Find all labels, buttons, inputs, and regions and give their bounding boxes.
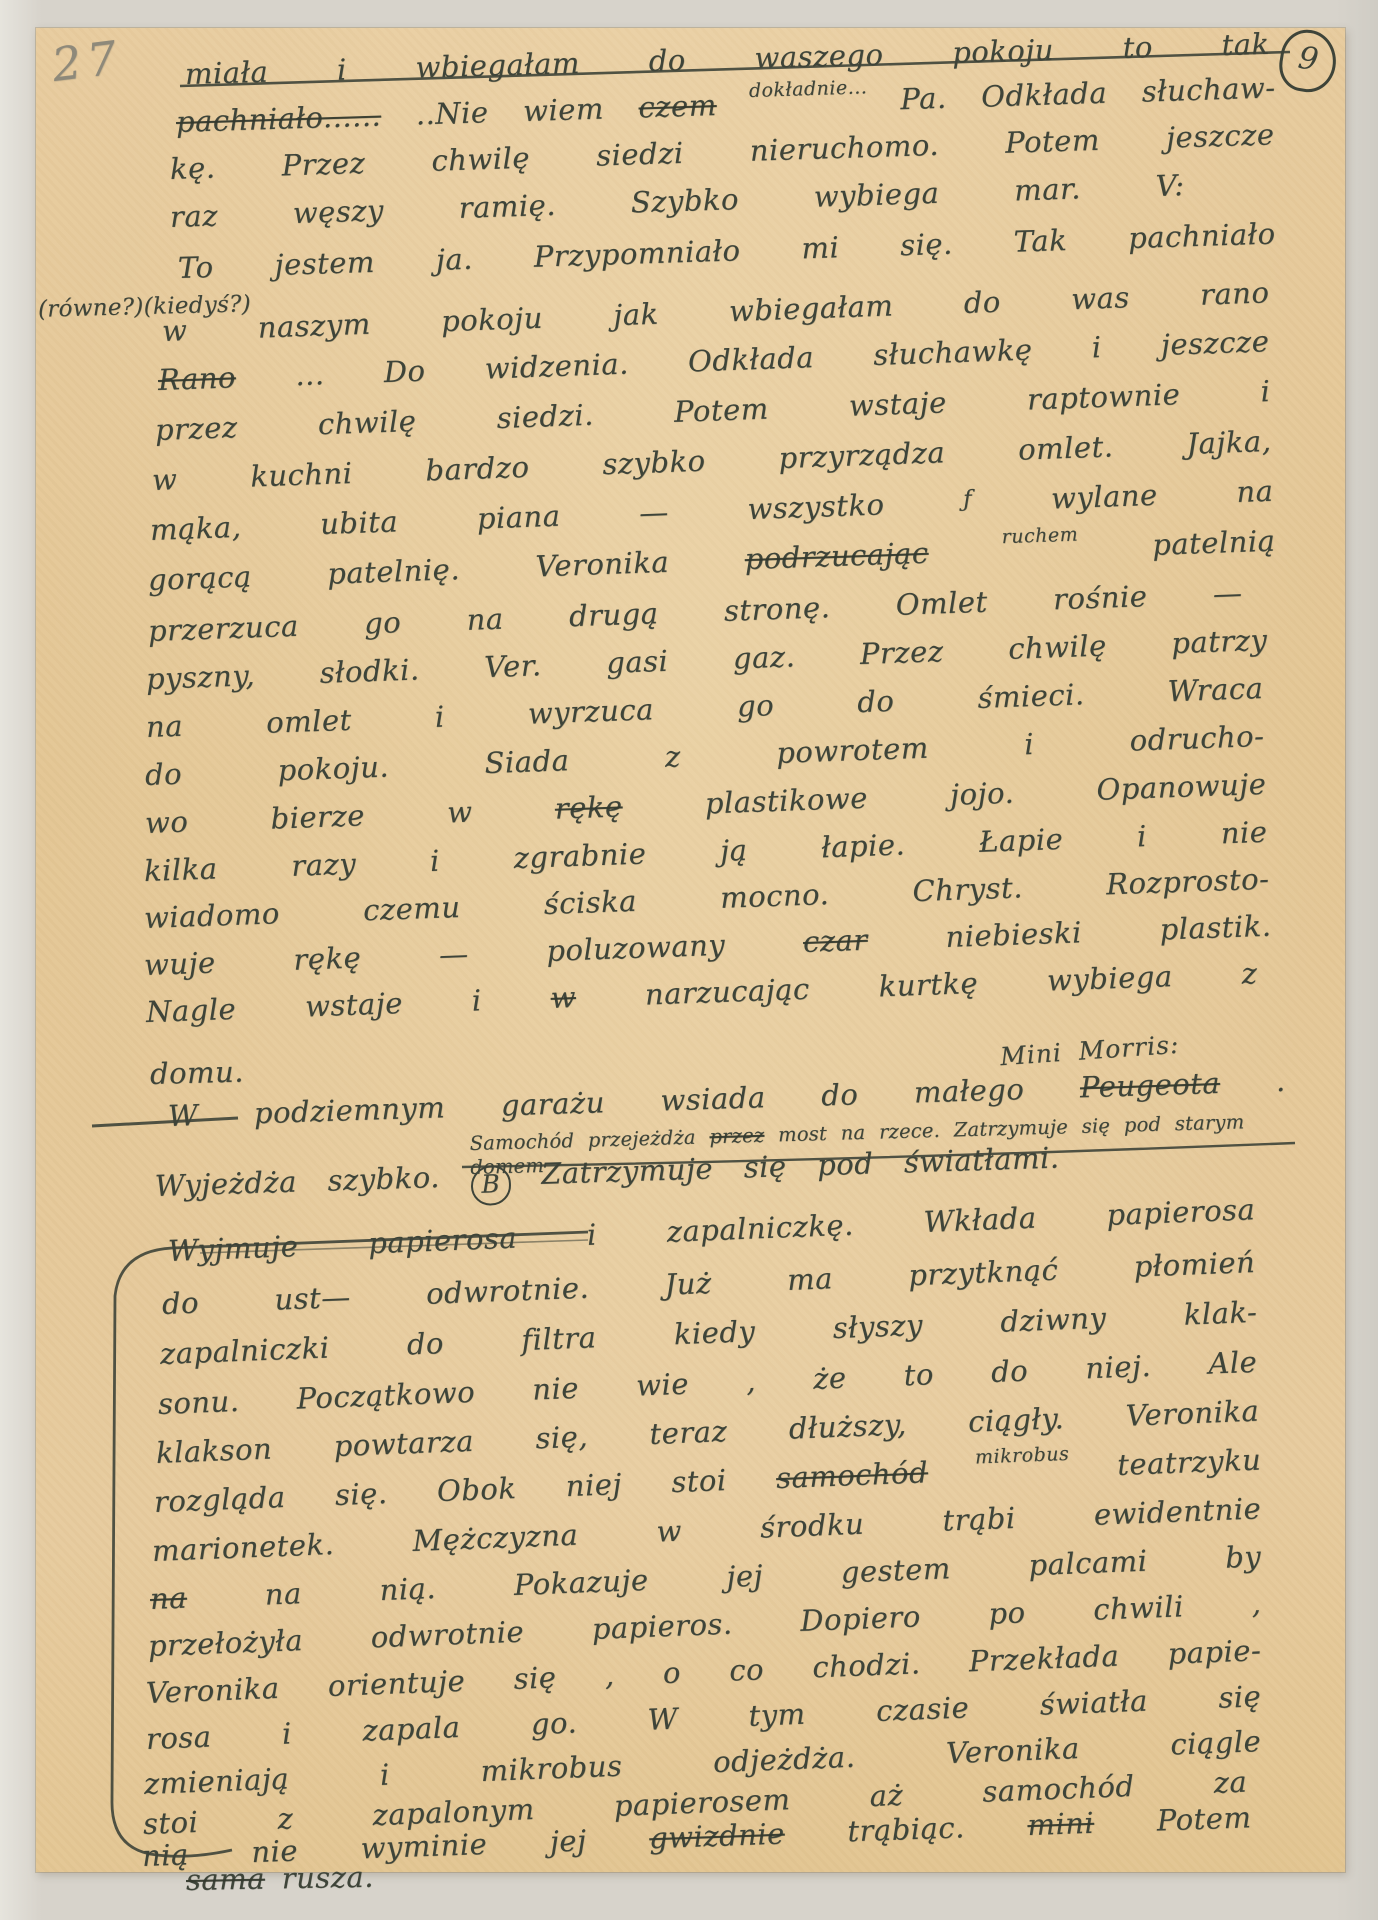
text-segment: wylane na	[1050, 474, 1274, 516]
text-segment: trąbiąc.	[847, 1810, 966, 1848]
crossed-out-text: rękę	[554, 789, 623, 825]
crossed-out-text: w	[550, 980, 576, 1015]
crossed-out-text: przez	[709, 1124, 765, 1149]
circled-letter: B	[470, 1165, 511, 1206]
crossed-out-text: gwizdnie	[649, 1817, 786, 1856]
interline-insertion: mikrobus	[975, 1443, 1070, 1470]
text-segment: patelnią	[1152, 524, 1276, 562]
text-segment: domu.	[150, 1055, 245, 1091]
crossed-out-text: Peugeota	[1079, 1066, 1220, 1104]
crossed-out-text: sama	[186, 1862, 266, 1897]
text-segment: teatrzyku	[1117, 1442, 1262, 1482]
crossed-out-text: Rano	[157, 360, 236, 397]
interline-insertion: dokładnie...	[749, 76, 868, 103]
text-segment: Samochód przejeżdża	[469, 1126, 696, 1155]
text-segment: .	[1275, 1064, 1286, 1098]
pencil-page-number: 27	[49, 30, 126, 92]
crossed-out-text: samochód	[775, 1455, 928, 1495]
insertion-caret: ƒ	[963, 485, 973, 514]
manuscript-line: domu.	[150, 1054, 245, 1093]
crossed-out-text: mini	[1027, 1806, 1095, 1842]
text-segment: Potem	[1156, 1800, 1252, 1837]
crossed-out-text: podrzucając	[744, 536, 929, 576]
crossed-out-text: czem	[638, 88, 717, 124]
interline-insertion: ruchem	[1001, 524, 1078, 550]
scanned-manuscript-page: { "page": { "pencil_number": "27", "ink_…	[0, 0, 1378, 1920]
text-segment: Wyjeżdża szybko.	[154, 1160, 440, 1203]
text-segment: ..Nie wiem	[415, 92, 604, 132]
crossed-out-text: na	[149, 1581, 187, 1616]
crossed-out-text: czar	[802, 923, 868, 959]
manuscript-line: sama rusza.	[186, 1859, 375, 1899]
crossed-out-text: pachniało......	[175, 99, 381, 139]
text-segment: rusza.	[281, 1860, 374, 1896]
page-number-ink: 9	[1296, 40, 1321, 79]
